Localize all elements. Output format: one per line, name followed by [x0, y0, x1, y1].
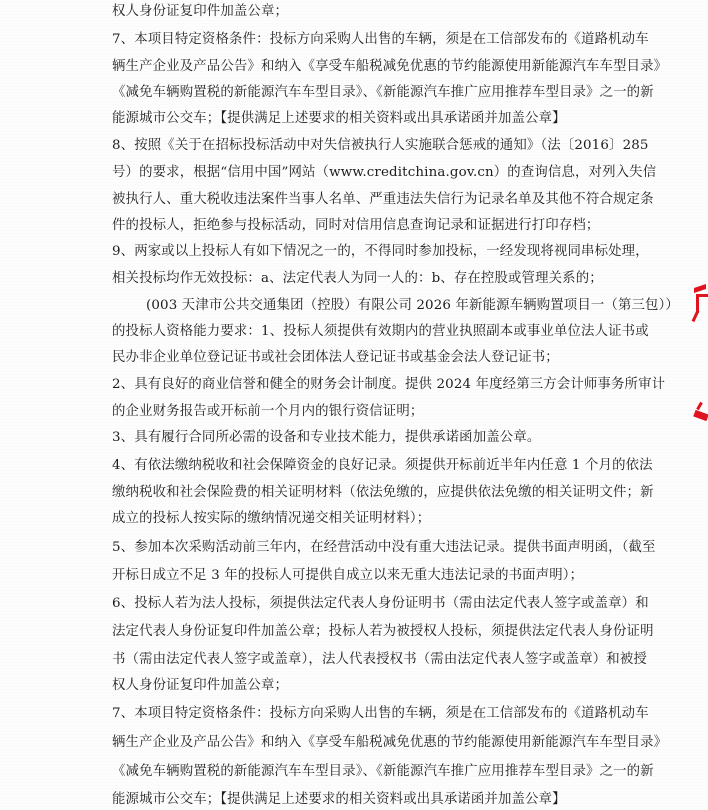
text-line: 缴纳税收和社会保险费的相关证明材料（依法免缴的，应提供依法免缴的相关证明文件；新 [112, 484, 654, 502]
text-line: 相关投标均作无效投标：a、法定代表人为同一人的：b、存在控股或管理关系的； [112, 270, 603, 288]
text-line: 辆生产企业及产品公告》和纳入《享受车船税减免优惠的节约能源使用新能源汽车车型目录… [112, 58, 667, 76]
text-line: 6、投标人若为法人投标，须提供法定代表人身份证明书（需由法定代表人签字或盖章）和 [112, 595, 649, 613]
text-line: 号）的要求，根据“信用中国”网站（www.creditchina.gov.cn）… [112, 164, 656, 182]
text-line: 权人身份证复印件加盖公章； [112, 677, 288, 695]
text-line: 能源城市公交车；【提供满足上述要求的相关资料或出具承诺函并加盖公章】 [112, 110, 566, 128]
text-line: 《减免车辆购置税的新能源汽车车型目录》、《新能源汽车推广应用推荐车型目录》之一的… [112, 84, 654, 102]
text-line: 7、本项目特定资格条件：投标方向采购人出售的车辆，须是在工信部发布的《道路机动车 [112, 705, 649, 723]
text-line: 的企业财务报告或开标前一个月内的银行资信证明； [112, 403, 423, 421]
text-line: 开标日成立不足 3 年的投标人可提供自成立以来无重大违法记录的书面声明）； [112, 567, 583, 585]
text-line: 被执行人、重大税收违法案件当事人名单、严重违法失信行为记录名单及其他不符合规定条 [112, 191, 654, 209]
text-line: 权人身份证复印件加盖公章； [112, 3, 288, 21]
text-line: 9、两家或以上投标人有如下情况之一的，不得同时参加投标，一经发现将视同串标处理， [112, 243, 649, 261]
text-line: 民办非企业单位登记证书或社会团体法人登记证书或基金会法人登记证书； [112, 349, 559, 367]
text-line: 能源城市公交车；【提供满足上述要求的相关资料或出具承诺函并加盖公章】 [112, 791, 566, 809]
text-line: 书（需由法定代表人签字或盖章），法人代表授权书（需由法定代表人签字或盖章）和被授 [112, 651, 647, 669]
text-line: 件的投标人，拒绝参与投标活动，同时对信用信息查询记录和证据进行打印存档； [112, 217, 599, 235]
text-line: 的投标人资格能力要求：1、投标人须提供有效期内的营业执照副本或事业单位法人证书或 [112, 323, 649, 341]
text-line: 4、有依法缴纳税收和社会保障资金的良好记录。须提供开标前近半年内任意 1 个月的… [112, 457, 653, 475]
text-line: 2、具有良好的商业信誉和健全的财务会计制度。提供 2024 年度经第三方会计师事… [112, 376, 665, 394]
text-line: 8、按照《关于在招标投标活动中对失信被执行人实施联合惩戒的通知》（法〔2016〕… [112, 137, 649, 155]
text-line: 5、参加本次采购活动前三年内，在经营活动中没有重大违法记录。提供书面声明函，（截… [112, 539, 656, 557]
text-line: 法定代表人身份证复印件加盖公章；投标人若为被授权人投标，须提供法定代表人身份证明 [112, 623, 654, 641]
red-seal-stamp-fragment-bottom [694, 402, 708, 428]
text-line: 成立的投标人按实际的缴纳情况递交相关证明材料）； [112, 510, 430, 528]
red-seal-stamp-fragment-top [694, 286, 708, 324]
text-line: 3、具有履行合同所必需的设备和专业技术能力，提供承诺函加盖公章。 [112, 429, 540, 447]
scanned-document-page: 权人身份证复印件加盖公章； 7、本项目特定资格条件：投标方向采购人出售的车辆，须… [0, 0, 708, 810]
text-line: 《减免车辆购置税的新能源汽车车型目录》、《新能源汽车推广应用推荐车型目录》之一的… [112, 763, 654, 781]
text-line: 7、本项目特定资格条件：投标方向采购人出售的车辆，须是在工信部发布的《道路机动车 [112, 31, 649, 49]
text-line-indented: (003 天津市公共交通集团（控股）有限公司 2026 年新能源车辆购置项目一（… [146, 297, 679, 315]
text-line: 辆生产企业及产品公告》和纳入《享受车船税减免优惠的节约能源使用新能源汽车车型目录… [112, 734, 667, 752]
